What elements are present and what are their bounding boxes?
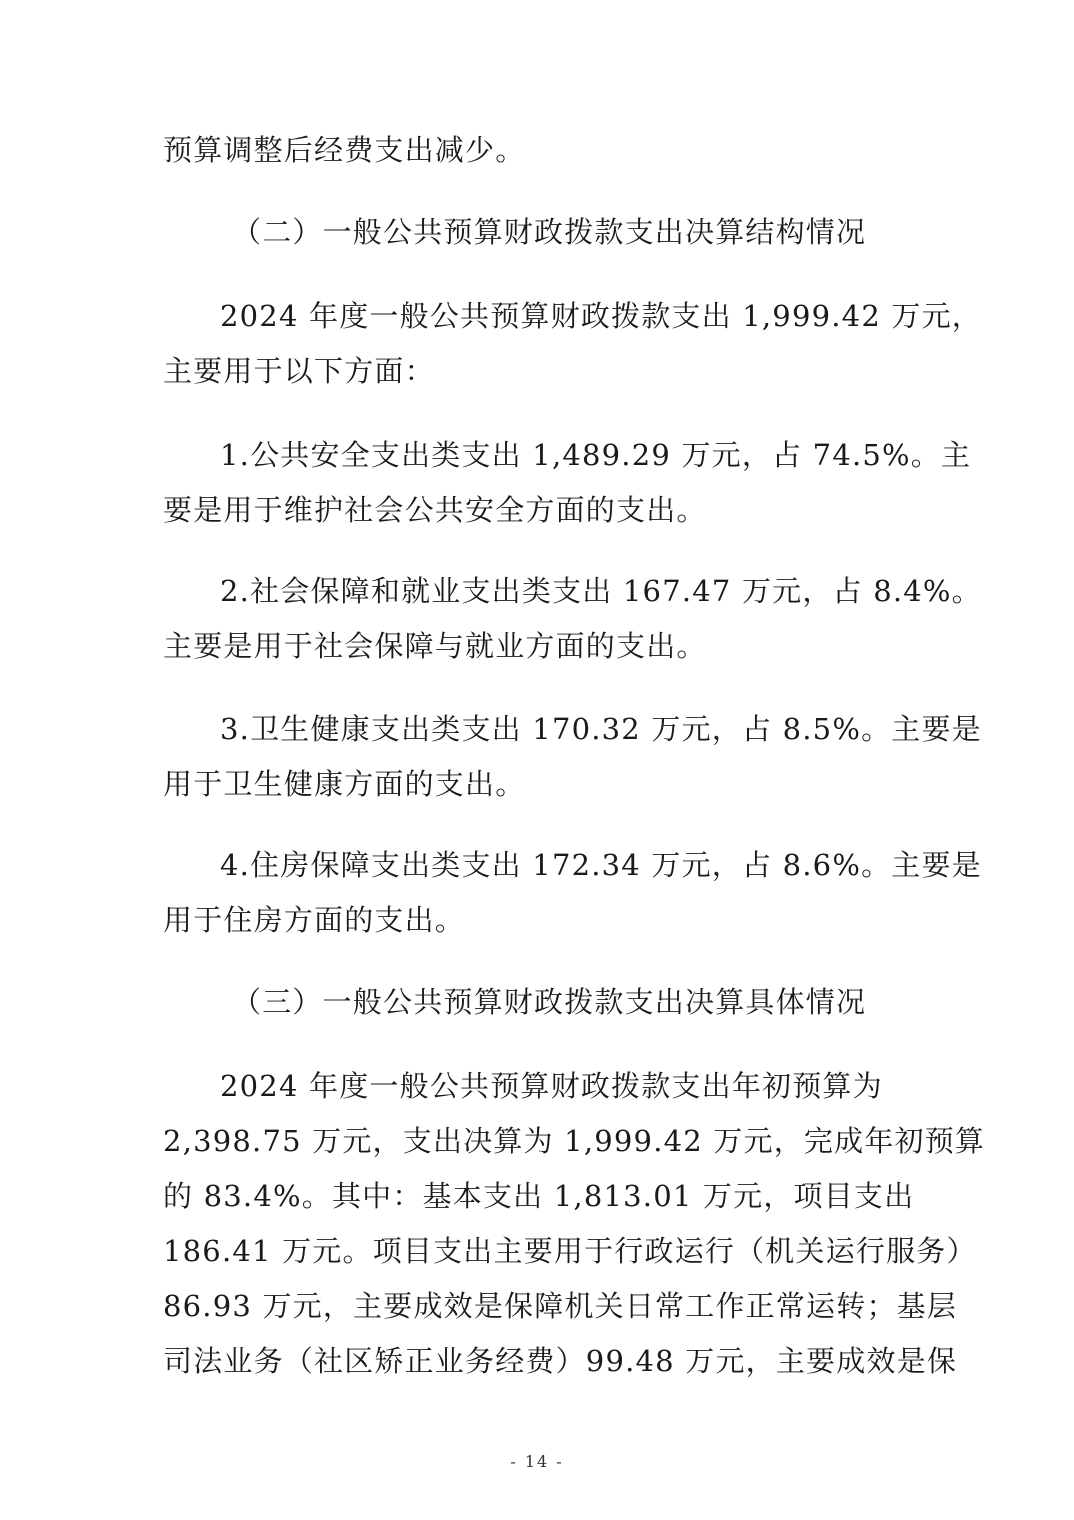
list-item-4-line: 4.住房保障支出类支出 172.34 万元，占 8.6%。主要是 <box>220 845 980 885</box>
list-item-2-line: 主要是用于社会保障与就业方面的支出。 <box>163 626 923 666</box>
list-item-1-line: 1.公共安全支出类支出 1,489.29 万元，占 74.5%。主 <box>220 435 980 475</box>
list-item-1-line: 要是用于维护社会公共安全方面的支出。 <box>163 490 923 530</box>
list-item-3-line: 用于卫生健康方面的支出。 <box>163 764 923 804</box>
list-item-4-line: 用于住房方面的支出。 <box>163 900 923 940</box>
section-heading-2: （二）一般公共预算财政拨款支出决算结构情况 <box>232 212 992 252</box>
paragraph-line: 司法业务（社区矫正业务经费）99.48 万元，主要成效是保 <box>163 1341 923 1381</box>
list-item-2-line: 2.社会保障和就业支出类支出 167.47 万元，占 8.4%。 <box>220 571 980 611</box>
paragraph-line: 86.93 万元，主要成效是保障机关日常工作正常运转；基层 <box>163 1286 923 1326</box>
list-item-3-line: 3.卫生健康支出类支出 170.32 万元，占 8.5%。主要是 <box>220 709 980 749</box>
paragraph-line: 2024 年度一般公共预算财政拨款支出年初预算为 <box>220 1066 980 1106</box>
section-heading-3: （三）一般公共预算财政拨款支出决算具体情况 <box>232 982 992 1022</box>
page-number: - 14 - <box>0 1452 1074 1471</box>
paragraph-line: 的 83.4%。其中：基本支出 1,813.01 万元，项目支出 <box>163 1176 923 1216</box>
paragraph-line: 2024 年度一般公共预算财政拨款支出 1,999.42 万元， <box>220 296 980 336</box>
document-page: 预算调整后经费支出减少。 （二）一般公共预算财政拨款支出决算结构情况 2024 … <box>0 0 1074 1520</box>
paragraph-line: 预算调整后经费支出减少。 <box>163 130 923 170</box>
paragraph-line: 186.41 万元。项目支出主要用于行政运行（机关运行服务） <box>163 1231 923 1271</box>
paragraph-line: 主要用于以下方面： <box>163 351 923 391</box>
paragraph-line: 2,398.75 万元，支出决算为 1,999.42 万元，完成年初预算 <box>163 1121 923 1161</box>
